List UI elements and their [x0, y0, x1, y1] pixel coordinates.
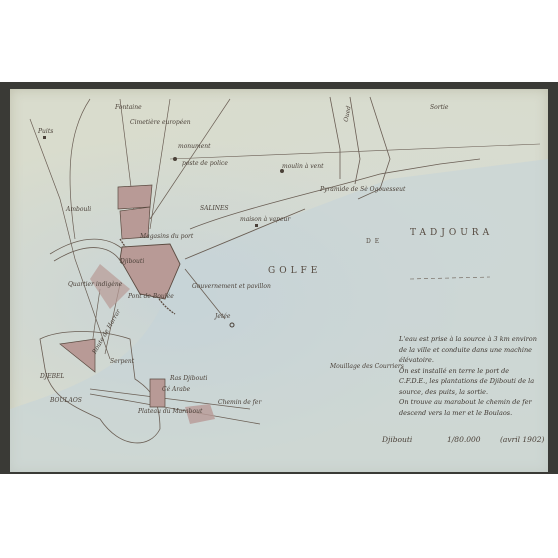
- map-scale: 1/80.000: [447, 435, 481, 444]
- place-label: Ambouli: [66, 207, 91, 213]
- sea-label-tadjoura: TADJOURA: [410, 229, 493, 238]
- place-label: Djibouti: [120, 259, 144, 265]
- place-label: Gouvernement et pavillon: [192, 284, 271, 290]
- place-label: BOULAOS: [50, 398, 82, 404]
- note-paragraph: On trouve au marabout le chemin de fer d…: [399, 397, 539, 418]
- note-paragraph: On est installé en terre le port de C.F.…: [399, 366, 539, 398]
- place-label: Pont de Boulée: [128, 294, 174, 300]
- place-label: Serpent: [110, 359, 134, 365]
- sea-label-golfe: GOLFE: [268, 267, 321, 276]
- handwritten-notes: L'eau est prise à la source à 3 km envir…: [399, 334, 539, 418]
- place-label: Cé Arabe: [162, 387, 190, 393]
- place-label: maison à vapeur: [240, 217, 290, 223]
- place-label: poste de police: [182, 161, 228, 167]
- place-label: Jetée: [215, 314, 230, 320]
- place-label: SALINES: [200, 206, 229, 212]
- place-label: Ras Djibouti: [170, 376, 207, 382]
- map-title: Djibouti: [382, 435, 412, 444]
- place-label: Chemin de fer: [218, 400, 261, 406]
- place-label: Cimetière européen: [130, 120, 191, 126]
- place-label: monument: [178, 144, 211, 150]
- place-label: moulin à vent: [282, 164, 323, 170]
- place-label: DJEBEL: [40, 374, 64, 380]
- place-label: Sortie: [430, 105, 448, 111]
- map-sheet: GOLFE DE TADJOURA Djibouti SALINES Pyram…: [10, 89, 548, 472]
- place-label: Magasins du port: [140, 234, 193, 240]
- map-date: (avril 1902): [500, 435, 544, 444]
- place-label: Fontaine: [115, 105, 142, 111]
- place-label: Puits: [38, 129, 53, 135]
- place-label: Mouillage des Courriers: [330, 364, 404, 370]
- note-paragraph: L'eau est prise à la source à 3 km envir…: [399, 334, 539, 366]
- place-label: Pyramide de Sè Ogouesseut: [320, 187, 405, 193]
- place-label: Plateau du Marabout: [138, 409, 202, 415]
- place-label: Quartier indigène: [68, 282, 122, 288]
- sea-label-de: DE: [366, 239, 383, 245]
